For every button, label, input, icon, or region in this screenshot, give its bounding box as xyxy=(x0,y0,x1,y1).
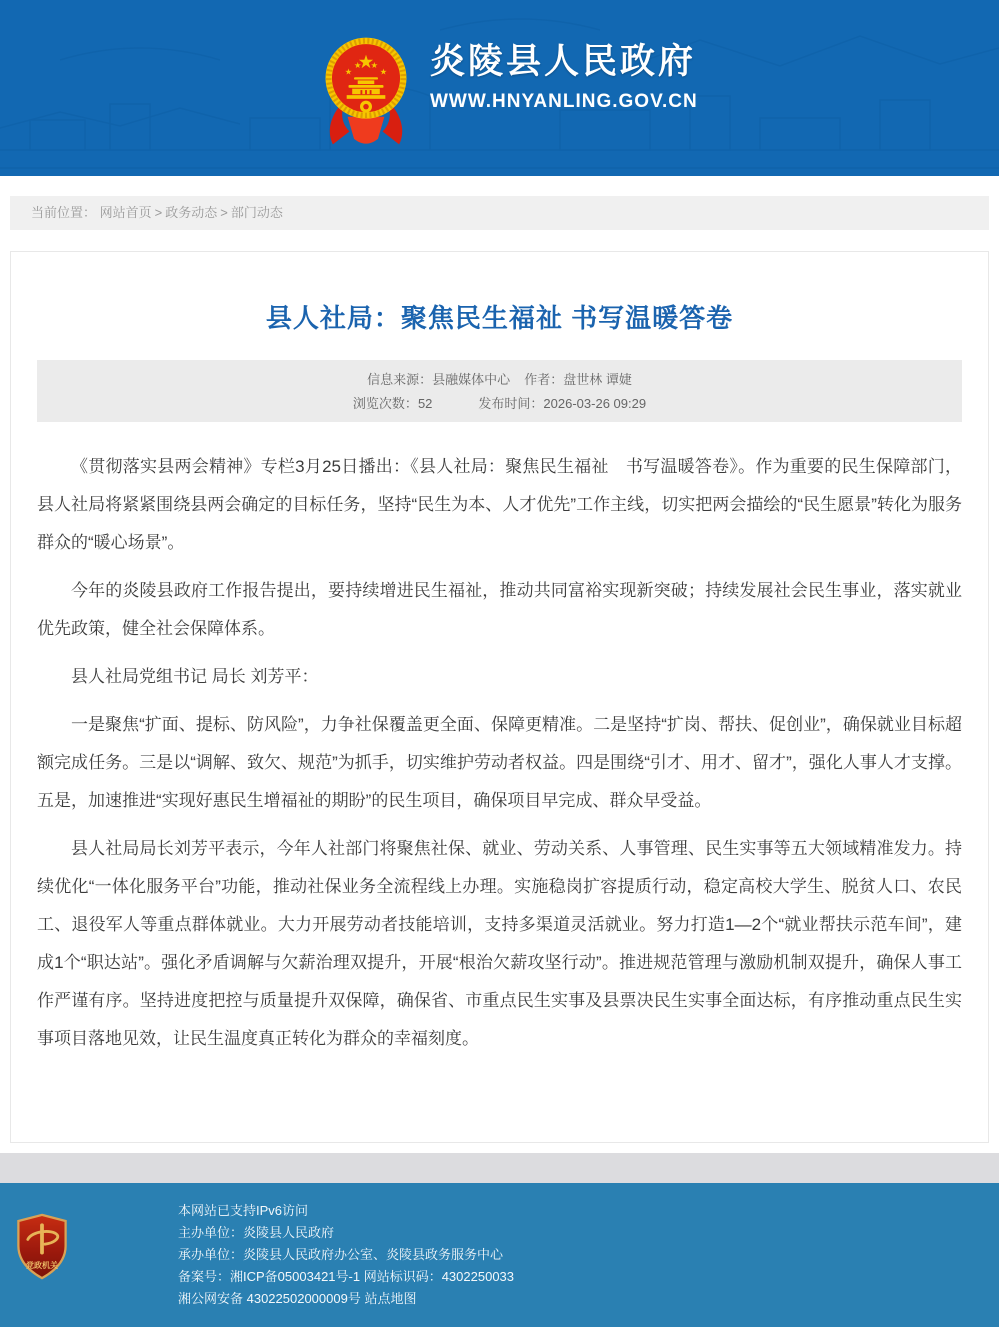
breadcrumb-separator: > xyxy=(155,205,163,220)
meta-views-label: 浏览次数： xyxy=(353,396,418,411)
meta-publish-value: 2026-03-26 09:29 xyxy=(543,396,646,411)
site-brand[interactable]: 炎陵县人民政府 WWW.HNYANLING.GOV.CN xyxy=(430,42,698,113)
breadcrumb-separator: > xyxy=(220,205,228,220)
svg-text:★: ★ xyxy=(345,66,352,76)
article-container: 县人社局：聚焦民生福祉 书写温暖答卷 信息来源：县融媒体中心作者：盘世林 谭婕 … xyxy=(10,251,989,1143)
footer-text: 承办单位：炎陵县人民政府办公室、炎陵县政务服务中心 xyxy=(178,1247,503,1262)
footer-line: 承办单位：炎陵县人民政府办公室、炎陵县政务服务中心 xyxy=(178,1244,514,1266)
footer-line: 备案号：湘ICP备05003421号-1 网站标识码：4302250033 xyxy=(178,1266,514,1288)
article-paragraph: 县人社局党组书记 局长 刘芳平： xyxy=(37,658,962,696)
breadcrumb-label: 当前位置： xyxy=(31,205,96,220)
breadcrumb-item-1[interactable]: 网站首页 xyxy=(100,205,152,220)
party-government-badge-icon: 党政机关 xyxy=(13,1213,71,1281)
article-paragraph: 今年的炎陵县政府工作报告提出，要持续增进民生福祉，推动共同富裕实现新突破；持续发… xyxy=(37,572,962,648)
meta-views-value: 52 xyxy=(418,396,432,411)
article-paragraph: 县人社局局长刘芳平表示，今年人社部门将聚焦社保、就业、劳动关系、人事管理、民生实… xyxy=(37,830,962,1058)
site-name[interactable]: 炎陵县人民政府 xyxy=(430,42,698,82)
meta-source-label: 信息来源： xyxy=(367,372,432,387)
svg-text:★: ★ xyxy=(380,66,387,76)
svg-text:党政机关: 党政机关 xyxy=(26,1260,58,1270)
meta-line-source-author: 信息来源：县融媒体中心作者：盘世林 谭婕 xyxy=(37,368,962,392)
meta-source-value: 县融媒体中心 xyxy=(432,372,510,387)
article-title: 县人社局：聚焦民生福祉 书写温暖答卷 xyxy=(37,300,962,336)
meta-author-label: 作者： xyxy=(524,372,563,387)
footer-text: 备案号： xyxy=(178,1269,230,1284)
site-header: ★ ★ ★ ★ ★ 炎陵县人民政府 WWW.HNYANLING.GOV.CN xyxy=(0,0,999,176)
footer-info: 本网站已支持IPv6访问主办单位：炎陵县人民政府承办单位：炎陵县人民政府办公室、… xyxy=(178,1200,514,1310)
footer-link[interactable]: 站点地图 xyxy=(364,1291,416,1306)
footer-line: 湘公网安备 43022502000009号 站点地图 xyxy=(178,1288,514,1310)
breadcrumb-item-3[interactable]: 部门动态 xyxy=(231,205,283,220)
site-url: WWW.HNYANLING.GOV.CN xyxy=(430,91,698,113)
footer-text: 主办单位：炎陵县人民政府 xyxy=(178,1225,334,1240)
breadcrumb: 当前位置： 网站首页>政务动态>部门动态 xyxy=(10,196,989,230)
footer-link[interactable]: 湘公网安备 43022502000009号 xyxy=(178,1291,361,1306)
footer-text: 网站标识码：4302250033 xyxy=(360,1269,514,1284)
article-meta: 信息来源：县融媒体中心作者：盘世林 谭婕 浏览次数：52发布时间：2026-03… xyxy=(37,360,962,422)
article-paragraph: 一是聚焦“扩面、提标、防风险”，力争社保覆盖更全面、保障更精准。二是坚持“扩岗、… xyxy=(37,706,962,820)
footer-link[interactable]: 湘ICP备05003421号-1 xyxy=(230,1269,360,1284)
bottom-divider-band xyxy=(0,1153,999,1183)
footer-line: 本网站已支持IPv6访问 xyxy=(178,1200,514,1222)
breadcrumb-item-2[interactable]: 政务动态 xyxy=(165,205,217,220)
article-body: 《贯彻落实县两会精神》专栏3月25日播出：《县人社局：聚焦民生福祉 书写温暖答卷… xyxy=(37,448,962,1058)
meta-author-value: 盘世林 谭婕 xyxy=(563,372,632,387)
footer-line: 主办单位：炎陵县人民政府 xyxy=(178,1222,514,1244)
meta-line-views-time: 浏览次数：52发布时间：2026-03-26 09:29 xyxy=(37,392,962,416)
footer-text: 本网站已支持IPv6访问 xyxy=(178,1203,308,1218)
article-paragraph: 《贯彻落实县两会精神》专栏3月25日播出：《县人社局：聚焦民生福祉 书写温暖答卷… xyxy=(37,448,962,562)
national-emblem-icon: ★ ★ ★ ★ ★ xyxy=(320,28,412,154)
svg-text:★: ★ xyxy=(371,60,378,70)
svg-text:★: ★ xyxy=(354,60,361,70)
meta-publish-label: 发布时间： xyxy=(478,396,543,411)
site-footer: 党政机关 本网站已支持IPv6访问主办单位：炎陵县人民政府承办单位：炎陵县人民政… xyxy=(0,1183,999,1327)
